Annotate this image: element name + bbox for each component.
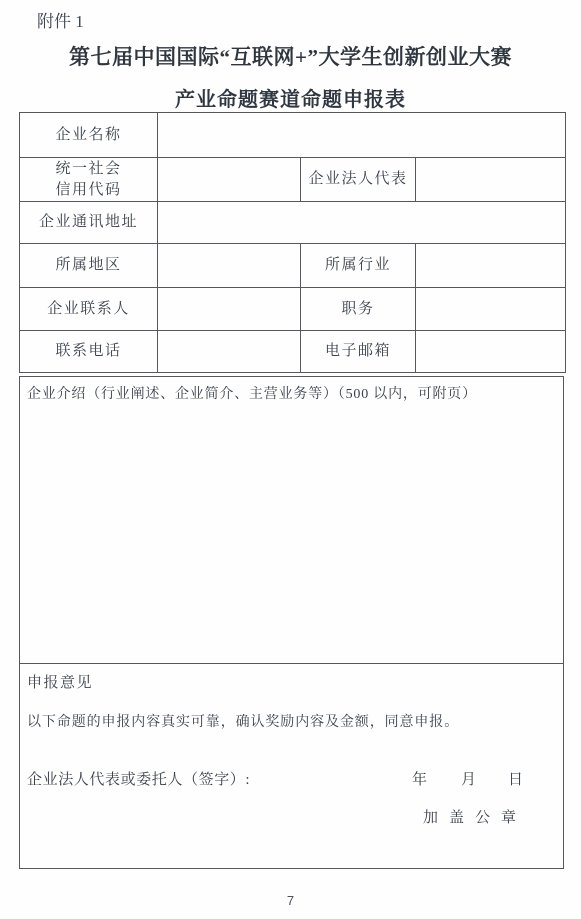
industry-label: 所属行业 <box>301 244 416 288</box>
email-field <box>416 331 566 373</box>
phone-field <box>158 331 301 373</box>
declaration-section: 申报意见 以下命题的申报内容真实可靠，确认奖励内容及金额，同意申报。 企业法人代… <box>20 664 563 868</box>
seal-label: 加盖公章 <box>423 806 527 827</box>
form-title: 第七届中国国际“互联网+”大学生创新创业大赛 <box>0 41 581 71</box>
company-intro-section: 企业介绍（行业阐述、企业简介、主营业务等）（500 以内，可附页） <box>20 377 563 664</box>
date-day-label: 日 <box>508 768 523 789</box>
industry-field <box>416 244 566 288</box>
company-intro-field <box>27 407 556 659</box>
page-number: 7 <box>0 893 581 908</box>
contact-person-field <box>158 288 301 331</box>
credit-code-label: 统一社会 信用代码 <box>20 158 158 202</box>
form-subtitle: 产业命题赛道命题申报表 <box>0 83 581 112</box>
date-year-label: 年 <box>412 768 427 789</box>
company-address-label: 企业通讯地址 <box>20 202 158 244</box>
company-intro-label: 企业介绍（行业阐述、企业简介、主营业务等）（500 以内，可附页） <box>20 377 563 403</box>
position-label: 职务 <box>301 288 416 331</box>
credit-code-field <box>158 158 301 202</box>
company-info-table: 企业名称 统一社会 信用代码 企业法人代表 企业通讯地址 所属地区 所属行业 企… <box>19 112 566 373</box>
company-address-field <box>158 202 566 244</box>
signature-label: 企业法人代表或委托人（签字）: <box>27 772 250 788</box>
table-row-region-industry: 所属地区 所属行业 <box>20 244 566 288</box>
phone-label: 联系电话 <box>20 331 158 373</box>
email-label: 电子邮箱 <box>301 331 416 373</box>
scanned-form-page: 附件 1 第七届中国国际“互联网+”大学生创新创业大赛 产业命题赛道命题申报表 … <box>0 0 581 919</box>
contact-person-label: 企业联系人 <box>20 288 158 331</box>
lower-sections: 企业介绍（行业阐述、企业简介、主营业务等）（500 以内，可附页） 申报意见 以… <box>19 376 564 869</box>
signature-row: 企业法人代表或委托人（签字）: 年 月 日 <box>27 768 563 788</box>
table-row-contact-position: 企业联系人 职务 <box>20 288 566 331</box>
region-field <box>158 244 301 288</box>
table-row-credit-code: 统一社会 信用代码 企业法人代表 <box>20 158 566 202</box>
company-name-field <box>158 113 566 158</box>
attachment-label: 附件 1 <box>37 7 84 32</box>
declaration-heading: 申报意见 <box>27 671 93 692</box>
table-row-address: 企业通讯地址 <box>20 202 566 244</box>
position-field <box>416 288 566 331</box>
legal-representative-field <box>416 158 566 202</box>
table-row-company-name: 企业名称 <box>20 113 566 158</box>
date-month-label: 月 <box>461 768 476 789</box>
table-row-phone-email: 联系电话 电子邮箱 <box>20 331 566 373</box>
company-name-label: 企业名称 <box>20 113 158 158</box>
declaration-statement: 以下命题的申报内容真实可靠，确认奖励内容及金额，同意申报。 <box>27 711 459 731</box>
legal-representative-label: 企业法人代表 <box>301 158 416 202</box>
region-label: 所属地区 <box>20 244 158 288</box>
